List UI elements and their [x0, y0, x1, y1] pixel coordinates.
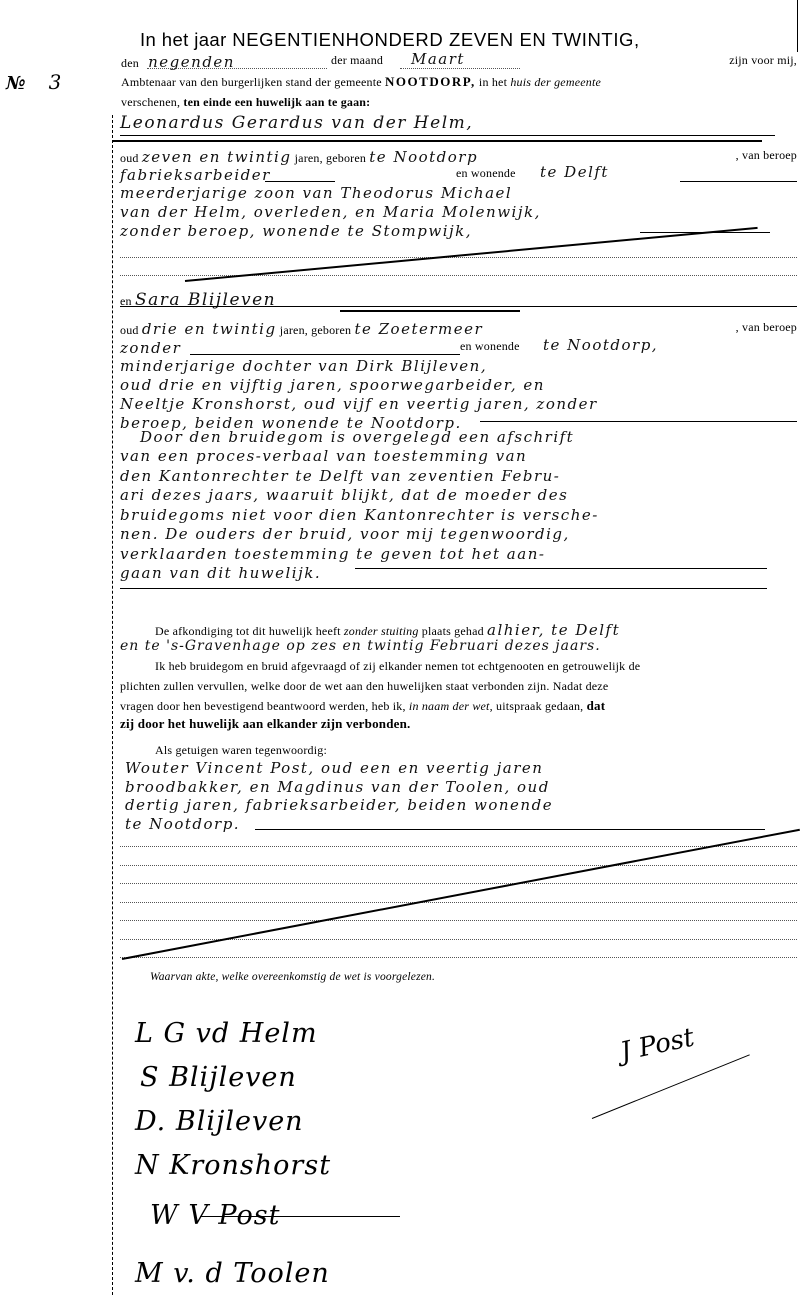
declaration-italic: in naam der wet,	[409, 699, 493, 713]
groom-age-line: oud zeven en twintig jaren, geboren te N…	[120, 148, 797, 166]
residence-label: en wonende	[460, 339, 520, 354]
annotation-line: nen. De ouders der bruid, voor mij tegen…	[120, 525, 599, 545]
proclamation-text: De afkondiging tot dit huwelijk heeft	[155, 624, 341, 638]
signature-bride: S Blijleven	[140, 1062, 331, 1106]
month-dotline	[400, 68, 520, 69]
bride-parents-end-line	[480, 421, 797, 422]
signature-bride-father: D. Blijleven	[135, 1106, 331, 1150]
groom-name-underline	[112, 140, 762, 142]
heading-prefix: In het jaar	[140, 29, 227, 50]
annotation-line: den Kantonrechter te Delft van zeventien…	[120, 467, 599, 487]
annotation-close-line	[120, 588, 767, 589]
witness-line: Wouter Vincent Post, oud een en veertig …	[125, 759, 553, 778]
bride-parents-line: minderjarige dochter van Dirk Blijleven,	[120, 357, 598, 376]
signature-flourish	[200, 1216, 400, 1217]
blank-line	[120, 846, 797, 847]
groom-name: Leonardus Gerardus van der Helm,	[120, 113, 473, 133]
blank-strikethrough-line	[122, 829, 800, 960]
left-margin-line	[112, 115, 113, 1295]
signature-witness-2: M v. d Toolen	[135, 1258, 331, 1300]
groom-parents-line: van der Helm, overleden, en Maria Molenw…	[120, 203, 541, 222]
witnesses-block: Wouter Vincent Post, oud een en veertig …	[125, 759, 553, 833]
bride-profession: zonder	[120, 339, 181, 357]
bride-name-line	[120, 306, 797, 307]
signature-witness-1: W V Post	[150, 1200, 331, 1258]
signature-official: J Post	[618, 1023, 697, 1068]
bride-age: drie en twintig	[142, 320, 277, 338]
groom-profession-line-rule	[265, 181, 335, 182]
declaration-bold: dat	[587, 698, 606, 713]
age-suffix: jaren, geboren	[280, 323, 351, 337]
bride-profession-line-rule	[190, 354, 460, 355]
intro-line-2: Ambtenaar van den burgerlijken stand der…	[121, 74, 601, 90]
declaration-line-4: zij door het huwelijk aan elkander zijn …	[120, 716, 410, 732]
month-value: Maart	[411, 50, 465, 68]
declaration-line-2: plichten zullen vervullen, welke door de…	[120, 679, 608, 694]
record-number-value: 3	[49, 70, 62, 94]
appeared-label: verschenen,	[121, 95, 180, 109]
municipality-name: NOOTDORP,	[385, 74, 476, 89]
profession-label: , van beroep	[736, 148, 797, 163]
day-dotline	[147, 68, 327, 69]
month-label: der maand	[331, 53, 383, 68]
signature-groom: L G vd Helm	[135, 1018, 331, 1062]
record-number-prefix: №	[6, 73, 26, 94]
groom-parents: meerderjarige zoon van Theodorus Michael…	[120, 184, 541, 241]
bride-name-row: en Sara Blijleven	[120, 290, 276, 310]
witness-line: broodbakker, en Magdinus van der Toolen,…	[125, 778, 553, 797]
bride-parents-line: Neeltje Kronshorst, oud vijf en veertig …	[120, 395, 598, 414]
appear-label: zijn voor mij,	[729, 53, 797, 68]
declaration-text-after: uitspraak gedaan,	[496, 699, 583, 713]
bride-name-underline	[340, 310, 520, 312]
groom-parents-line: meerderjarige zoon van Theodorus Michael	[120, 184, 541, 203]
proclamation-italic: zonder stuiting	[344, 624, 419, 638]
age-prefix: oud	[120, 323, 139, 337]
location-label: in het	[479, 75, 507, 89]
age-suffix: jaren, geboren	[295, 151, 366, 165]
witness-line: dertig jaren, fabrieksarbeider, beiden w…	[125, 796, 553, 815]
closing-text: Waarvan akte, welke overeenkomstig de we…	[150, 971, 435, 983]
page-title: In het jaar NEGENTIENHONDERD ZEVEN EN TW…	[140, 29, 640, 51]
official-signature-flourish	[592, 1054, 750, 1119]
bride-birthplace: te Zoetermeer	[354, 320, 483, 338]
den-label: den	[121, 56, 139, 70]
location-italic: huis der gemeente	[510, 75, 601, 89]
bride-parents-line: oud drie en vijftig jaren, spoorwegarbei…	[120, 376, 598, 395]
proclamation-place-continued: en te 's-Gravenhage op zes en twintig Fe…	[120, 638, 601, 654]
groom-residence: te Delft	[540, 163, 609, 181]
groom-parents-line: zonder beroep, wonende te Stompwijk,	[120, 222, 541, 241]
blank-line	[120, 257, 797, 258]
annotation-line: gaan van dit huwelijk.	[120, 564, 599, 584]
declaration-text: vragen door hen bevestigend beantwoord w…	[120, 699, 406, 713]
declaration-line-3: vragen door hen bevestigend beantwoord w…	[120, 698, 605, 714]
annotation-line: Door den bruidegom is overgelegd een afs…	[140, 428, 574, 447]
annotation-line: ari dezes jaars, waaruit blijkt, dat de …	[120, 486, 599, 506]
profession-label: , van beroep	[736, 320, 797, 335]
proclamation-place: alhier, te Delft	[487, 621, 620, 639]
signatures-left: L G vd Helm S Blijleven D. Blijleven N K…	[135, 1018, 331, 1300]
proclamation-text-after: plaats gehad	[422, 624, 484, 638]
witnesses-label: Als getuigen waren tegenwoordig:	[155, 743, 327, 758]
proclamation-line: De afkondiging tot dit huwelijk heeft zo…	[155, 621, 620, 639]
annotation-line: van een proces-verbaal van toestemming v…	[120, 447, 599, 467]
groom-name-line	[120, 135, 775, 136]
annotation-end-line	[355, 568, 767, 569]
groom-birthplace: te Nootdorp	[369, 148, 478, 166]
purpose-text: ten einde een huwelijk aan te gaan:	[183, 95, 370, 109]
record-number: № 3	[6, 70, 61, 94]
intro-line-3: verschenen, ten einde een huwelijk aan t…	[121, 95, 370, 110]
official-label: Ambtenaar van den burgerlijken stand der…	[121, 75, 382, 89]
annotation-block: Door den bruidegom is overgelegd een afs…	[140, 428, 574, 447]
groom-profession: fabrieksarbeider	[120, 166, 271, 184]
blank-line	[120, 920, 797, 921]
declaration-line-1: Ik heb bruidegom en bruid afgevraagd of …	[155, 659, 640, 674]
groom-residence-line-rule	[680, 181, 797, 182]
annotation-block-continued: van een proces-verbaal van toestemming v…	[120, 447, 599, 584]
bride-residence: te Nootdorp,	[543, 336, 658, 354]
witness-end-line	[255, 829, 765, 830]
blank-line	[120, 865, 797, 866]
residence-label: en wonende	[456, 166, 516, 181]
blank-line	[120, 883, 797, 884]
witness-line: te Nootdorp.	[125, 815, 553, 834]
annotation-line: verklaarden toestemming te geven tot het…	[120, 545, 599, 565]
signature-bride-mother: N Kronshorst	[135, 1150, 331, 1200]
bride-name: Sara Blijleven	[135, 290, 276, 310]
right-border-line	[797, 0, 798, 52]
blank-line	[120, 902, 797, 903]
age-prefix: oud	[120, 151, 139, 165]
heading-year: NEGENTIENHONDERD ZEVEN EN TWINTIG,	[232, 29, 640, 50]
blank-line	[120, 957, 797, 958]
groom-age: zeven en twintig	[142, 148, 292, 166]
bride-age-line: oud drie en twintig jaren, geboren te Zo…	[120, 320, 797, 338]
annotation-line: bruidegoms niet voor dien Kantonrechter …	[120, 506, 599, 526]
